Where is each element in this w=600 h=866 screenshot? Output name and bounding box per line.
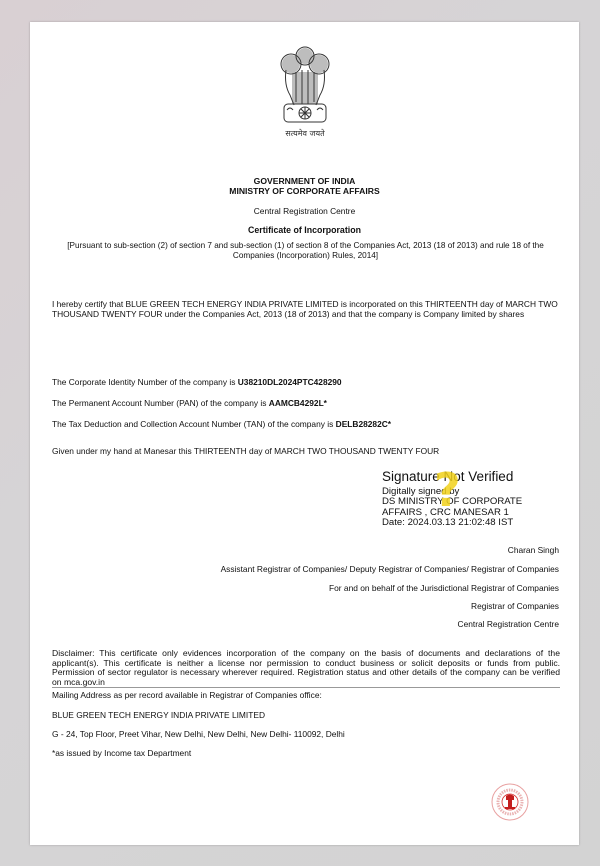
mailing-address-label: Mailing Address as per record available … [52,690,322,700]
cin-label: The Corporate Identity Number of the com… [52,377,238,387]
pan-value: AAMCB4292L* [269,398,327,408]
government-name: GOVERNMENT OF INDIA [30,176,579,186]
issuer-heading: GOVERNMENT OF INDIA MINISTRY OF CORPORAT… [30,176,579,196]
certificate-page: सत्यमेव जयते GOVERNMENT OF INDIA MINISTR… [30,22,579,845]
pan-label: The Permanent Account Number (PAN) of th… [52,398,269,408]
divider [52,687,560,688]
question-mark-icon: ? [434,467,461,513]
certificate-title: Certificate of Incorporation [30,225,579,235]
company-address: G - 24, Top Floor, Preet Vihar, New Delh… [52,729,345,739]
signatory-name: Charan Singh [508,545,559,555]
ministry-name: MINISTRY OF CORPORATE AFFAIRS [30,186,579,196]
digital-signature-block: ? Signature Not Verified Digitally signe… [382,469,552,529]
signatory-centre: Central Registration Centre [458,619,559,629]
tan-value: DELB28282C* [336,419,391,429]
tan-line: The Tax Deduction and Collection Account… [52,419,391,429]
legal-reference: [Pursuant to sub-section (2) of section … [48,241,563,261]
cin-line: The Corporate Identity Number of the com… [52,377,342,387]
signature-status: Signature Not Verified [382,469,552,485]
national-emblem: सत्यमेव जयते [274,40,336,140]
tan-label: The Tax Deduction and Collection Account… [52,419,336,429]
signature-date: Date: 2024.03.13 21:02:48 IST [382,518,552,528]
red-seal-icon [490,782,530,822]
cin-value: U38210DL2024PTC428290 [238,377,342,387]
company-name: BLUE GREEN TECH ENERGY INDIA PRIVATE LIM… [52,710,265,720]
signatory-behalf: For and on behalf of the Jurisdictional … [329,583,559,593]
certification-statement: I hereby certify that BLUE GREEN TECH EN… [52,299,562,319]
given-statement: Given under my hand at Manesar this THIR… [52,446,439,456]
svg-text:सत्यमेव जयते: सत्यमेव जयते [285,128,325,138]
disclaimer: Disclaimer: This certificate only eviden… [52,649,560,687]
pan-line: The Permanent Account Number (PAN) of th… [52,398,327,408]
registration-centre: Central Registration Centre [30,206,579,216]
signatory-office: Registrar of Companies [471,601,559,611]
signatory-designation: Assistant Registrar of Companies/ Deputy… [221,564,559,574]
footnote: *as issued by Income tax Department [52,748,191,758]
mca-seal [490,782,530,822]
ashoka-lion-emblem-icon: सत्यमेव जयते [274,40,336,140]
